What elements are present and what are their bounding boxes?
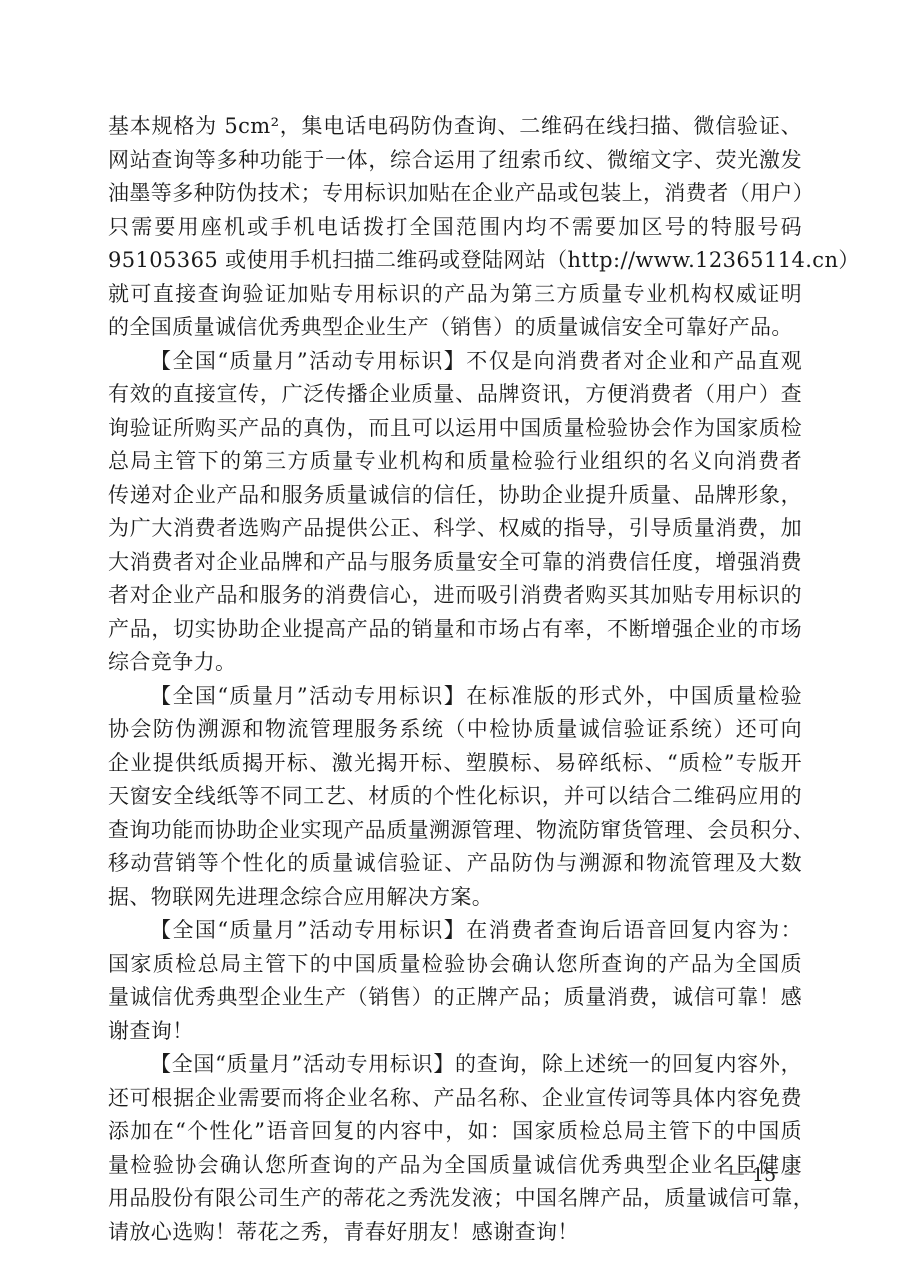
text-line: 综合竞争力。 — [108, 646, 802, 680]
text-line: 只需要用座机或手机电话拨打全国范围内均不需要加区号的特服号码 — [108, 211, 802, 245]
text-line: 查询功能而协助企业实现产品质量溯源管理、物流防窜货管理、会员积分、 — [108, 814, 802, 848]
text-line: 【全国“质量月”活动专用标识】在标准版的形式外，中国质量检验 — [108, 680, 802, 714]
text-line: 产品，切实协助企业提高产品的销量和市场占有率，不断增强企业的市场 — [108, 613, 802, 647]
text-line: 天窗安全线纸等不同工艺、材质的个性化标识，并可以结合二维码应用的 — [108, 780, 802, 814]
text-line: 就可直接查询验证加贴专用标识的产品为第三方质量专业机构权威证明 — [108, 278, 802, 312]
paragraph-5: 【全国“质量月”活动专用标识】的查询，除上述统一的回复内容外， 还可根据企业需要… — [108, 1048, 802, 1249]
text-line: 量检验协会确认您所查询的产品为全国质量诚信优秀典型企业名臣健康 — [108, 1149, 802, 1183]
text-line: 请放心选购！蒂花之秀，青春好朋友！感谢查询！ — [108, 1216, 802, 1250]
paragraph-2: 【全国“质量月”活动专用标识】不仅是向消费者对企业和产品直观 有效的直接宣传，广… — [108, 345, 802, 680]
text-line: 移动营销等个性化的质量诚信验证、产品防伪与溯源和物流管理及大数 — [108, 847, 802, 881]
text-line: 协会防伪溯源和物流管理服务系统（中检协质量诚信验证系统）还可向 — [108, 713, 802, 747]
paragraph-3: 【全国“质量月”活动专用标识】在标准版的形式外，中国质量检验 协会防伪溯源和物流… — [108, 680, 802, 915]
text-line: 添加在“个性化”语音回复的内容中，如：国家质检总局主管下的中国质 — [108, 1115, 802, 1149]
text-line: 大消费者对企业品牌和产品与服务质量安全可靠的消费信任度，增强消费 — [108, 546, 802, 580]
text-line: 国家质检总局主管下的中国质量检验协会确认您所查询的产品为全国质 — [108, 948, 802, 982]
text-line: 网站查询等多种功能于一体，综合运用了纽索币纹、微缩文字、荧光激发 — [108, 144, 802, 178]
text-line: 有效的直接宣传，广泛传播企业质量、品牌资讯，方便消费者（用户）查 — [108, 378, 802, 412]
text-line: 量诚信优秀典型企业生产（销售）的正牌产品；质量消费，诚信可靠！感 — [108, 981, 802, 1015]
text-line: 基本规格为 5cm²，集电话电码防伪查询、二维码在线扫描、微信验证、 — [108, 110, 802, 144]
text-line: 企业提供纸质揭开标、激光揭开标、塑膜标、易碎纸标、“质检”专版开 — [108, 747, 802, 781]
text-line: 者对企业产品和服务的消费信心，进而吸引消费者购买其加贴专用标识的 — [108, 579, 802, 613]
text-line: 95105365 或使用手机扫描二维码或登陆网站（http://www.1236… — [108, 244, 802, 278]
page-number: － 15 － — [727, 1160, 801, 1187]
document-body: 基本规格为 5cm²，集电话电码防伪查询、二维码在线扫描、微信验证、 网站查询等… — [108, 110, 802, 1249]
text-line: 【全国“质量月”活动专用标识】不仅是向消费者对企业和产品直观 — [108, 345, 802, 379]
text-line: 总局主管下的第三方质量专业机构和质量检验行业组织的名义向消费者 — [108, 445, 802, 479]
text-line: 的全国质量诚信优秀典型企业生产（销售）的质量诚信安全可靠好产品。 — [108, 311, 802, 345]
text-line: 谢查询！ — [108, 1015, 802, 1049]
text-line: 询验证所购买产品的真伪，而且可以运用中国质量检验协会作为国家质检 — [108, 412, 802, 446]
text-line: 据、物联网先进理念综合应用解决方案。 — [108, 881, 802, 915]
text-line: 为广大消费者选购产品提供公正、科学、权威的指导，引导质量消费，加 — [108, 512, 802, 546]
paragraph-4: 【全国“质量月”活动专用标识】在消费者查询后语音回复内容为： 国家质检总局主管下… — [108, 914, 802, 1048]
text-line: 油墨等多种防伪技术；专用标识加贴在企业产品或包装上，消费者（用户） — [108, 177, 802, 211]
text-line: 【全国“质量月”活动专用标识】在消费者查询后语音回复内容为： — [108, 914, 802, 948]
text-line: 用品股份有限公司生产的蒂花之秀洗发液；中国名牌产品，质量诚信可靠， — [108, 1182, 802, 1216]
text-line: 【全国“质量月”活动专用标识】的查询，除上述统一的回复内容外， — [108, 1048, 802, 1082]
text-line: 还可根据企业需要而将企业名称、产品名称、企业宣传词等具体内容免费 — [108, 1082, 802, 1116]
text-line: 传递对企业产品和服务质量诚信的信任，协助企业提升质量、品牌形象， — [108, 479, 802, 513]
paragraph-1: 基本规格为 5cm²，集电话电码防伪查询、二维码在线扫描、微信验证、 网站查询等… — [108, 110, 802, 345]
